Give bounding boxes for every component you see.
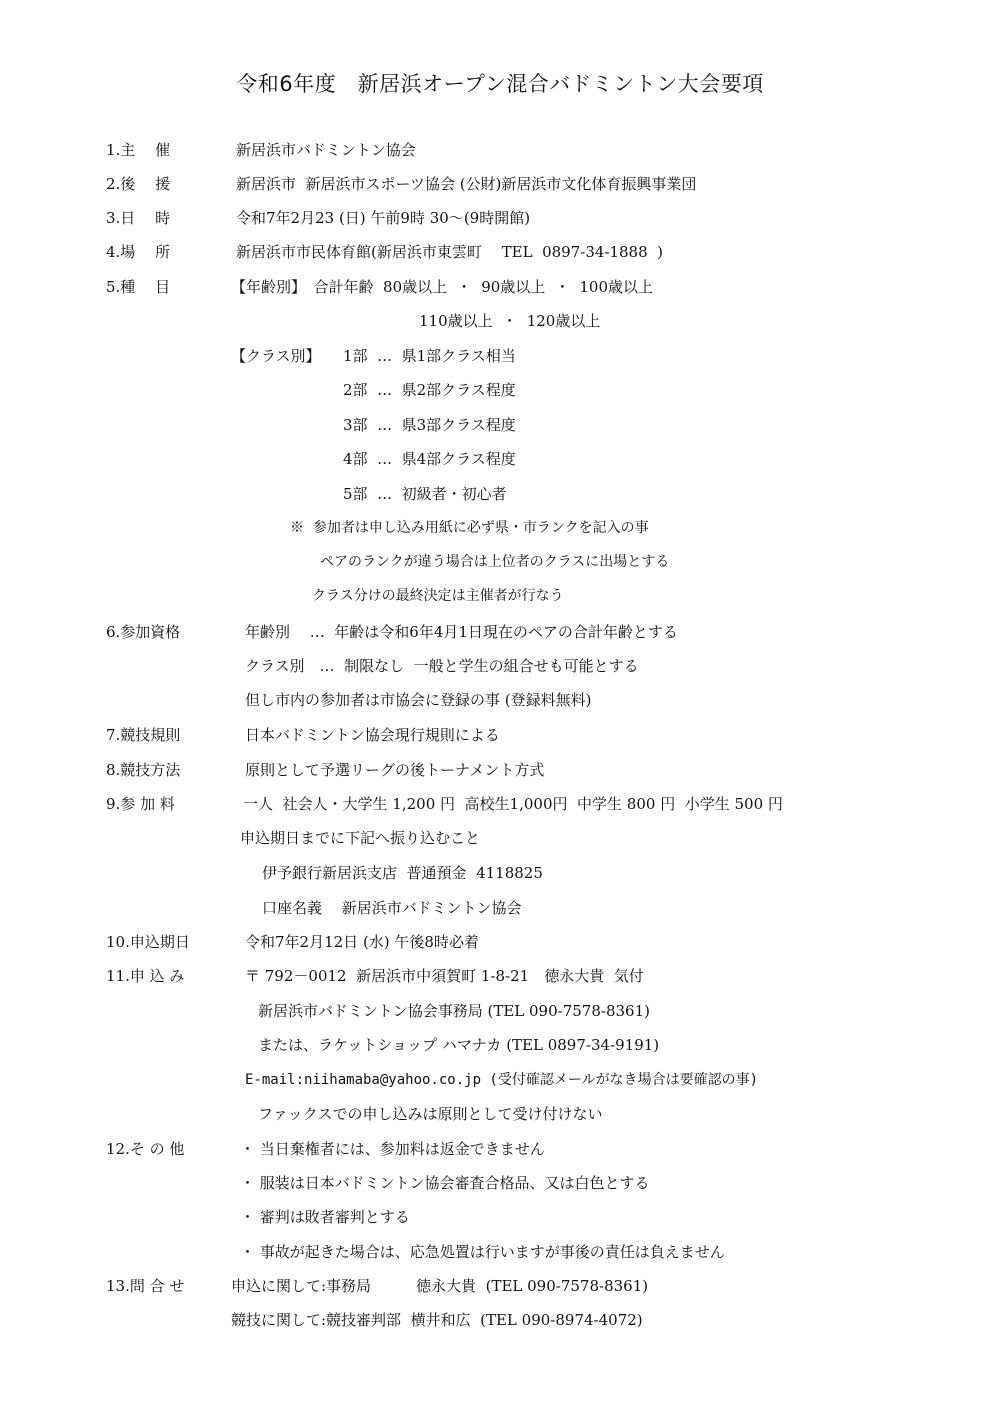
application-shop: または、ラケットショップ ハマナカ (TEL 0897-34-9191) (258, 1035, 659, 1055)
section-label-events: 5.種 目 (106, 277, 170, 297)
application-office: 新居浜市バドミントン協会事務局 (TEL 090-7578-8361) (258, 1001, 650, 1021)
sponsor-text: 新居浜市 新居浜市スポーツ協会 (公財)新居浜市文化体育振興事業団 (236, 174, 696, 194)
deadline-text: 令和7年2月12日 (水) 午後8時必着 (245, 932, 479, 952)
section-label-fee: 9.参 加 料 (106, 794, 175, 814)
format-text: 原則として予選リーグの後トーナメント方式 (245, 760, 544, 780)
section-label-deadline: 10.申込期日 (106, 932, 190, 952)
events-class-4: 4部 … 県4部クラス程度 (343, 449, 516, 469)
other-item-1: ・ 当日棄権者には、参加料は返金できません (240, 1139, 545, 1159)
organizer-text: 新居浜市バドミントン協会 (236, 140, 416, 160)
application-fax-note: ファックスでの申し込みは原則として受け付けない (258, 1104, 603, 1124)
section-label-sponsor: 2.後 援 (106, 174, 170, 194)
section-label-other: 12.そ の 他 (106, 1139, 184, 1159)
section-label-eligibility: 6.参加資格 (106, 622, 180, 642)
section-label-application: 11.申 込 み (106, 966, 184, 986)
events-age-line: 【年齢別】 合計年齢 80歳以上 ・ 90歳以上 ・ 100歳以上 (231, 277, 653, 297)
inquiry-application: 申込に関して:事務局 徳永大貴 (TEL 090-7578-8361) (231, 1276, 648, 1296)
section-label-inquiry: 13.問 合 せ (106, 1276, 184, 1296)
other-item-4: ・ 事故が起きた場合は、応急処置は行いますが事後の責任は負えません (240, 1242, 725, 1262)
section-label-rules: 7.競技規則 (106, 725, 180, 745)
date-text: 令和7年2月23 (日) 午前9時 30～(9時開館) (236, 208, 530, 228)
events-class-heading: 【クラス別】 (231, 346, 321, 366)
events-class-2: 2部 … 県2部クラス程度 (343, 380, 516, 400)
section-label-venue: 4.場 所 (106, 242, 170, 262)
events-class-3: 3部 … 県3部クラス程度 (343, 415, 516, 435)
fee-account-name: 口座名義 新居浜市バドミントン協会 (262, 898, 521, 918)
fee-bank-account: 伊予銀行新居浜支店 普通預金 4118825 (262, 863, 543, 883)
events-age-line-2: 110歳以上 ・ 120歳以上 (419, 311, 600, 331)
eligibility-age: 年齢別 … 年齢は令和6年4月1日現在のペアの合計年齢とする (245, 622, 678, 642)
fee-amounts: 一人 社会人・大学生 1,200 円 高校生1,000円 中学生 800 円 小… (243, 794, 783, 814)
page-title: 令和6年度 新居浜オープン混合バドミントン大会要項 (0, 68, 1000, 98)
events-note-2: ペアのランクが違う場合は上位者のクラスに出場とする (320, 552, 669, 572)
inquiry-competition: 競技に関して:競技審判部 横井和広 (TEL 090-8974-4072) (231, 1310, 643, 1330)
eligibility-class: クラス別 … 制限なし 一般と学生の組合せも可能とする (245, 656, 639, 676)
other-item-2: ・ 服装は日本バドミントン協会審査合格品、又は白色とする (240, 1173, 649, 1193)
venue-text: 新居浜市市民体育館(新居浜市東雲町 TEL 0897-34-1888 ) (236, 242, 663, 262)
events-note-3: クラス分けの最終決定は主催者が行なう (312, 586, 564, 606)
events-class-1: 1部 … 県1部クラス相当 (343, 346, 516, 366)
section-label-format: 8.競技方法 (106, 760, 180, 780)
events-class-5: 5部 … 初級者・初心者 (343, 484, 507, 504)
rules-text: 日本バドミントン協会現行規則による (245, 725, 500, 745)
fee-payment-note: 申込期日までに下記へ振り込むこと (240, 828, 480, 848)
eligibility-note: 但し市内の参加者は市協会に登録の事 (登録料無料) (245, 690, 591, 710)
application-email[interactable]: E-mail:niihamaba@yahoo.co.jp (受付確認メールがなき… (245, 1070, 758, 1090)
section-label-date: 3.日 時 (106, 208, 170, 228)
other-item-3: ・ 審判は敗者審判とする (240, 1207, 410, 1227)
section-label-organizer: 1.主 催 (106, 140, 170, 160)
application-address: 〒 792－0012 新居浜市中須賀町 1-8-21 徳永大貴 気付 (245, 966, 644, 986)
events-note-1: ※ 参加者は申し込み用紙に必ず県・市ランクを記入の事 (290, 518, 649, 538)
